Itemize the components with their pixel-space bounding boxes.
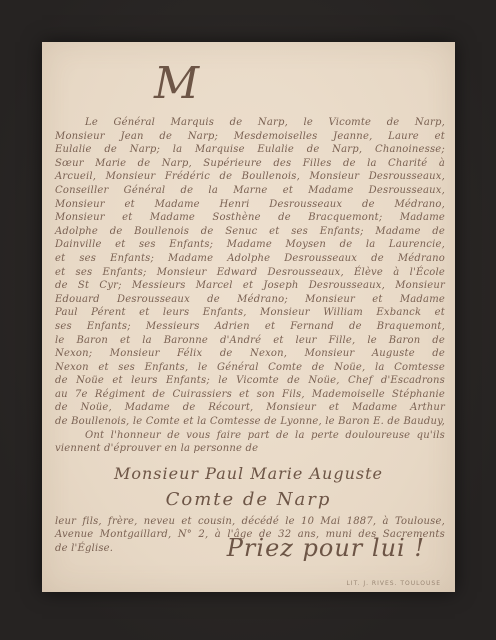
family-announcement-paragraph: Le Général Marquis de Narp, le Vicomte d… <box>55 116 445 429</box>
honor-statement-paragraph: Ont l'honneur de vous faire part de la p… <box>55 429 445 456</box>
deceased-name-line: Monsieur Paul Marie Auguste <box>42 464 455 484</box>
honor-line: viennent d'éprouver en la personne de <box>55 442 445 456</box>
announcement-line: Monsieur et Madame Henri Desrousseaux de… <box>55 198 445 212</box>
announcement-line: de Noüe, Madame de Récourt, Monsieur et … <box>55 401 445 415</box>
announcement-line: Le Général Marquis de Narp, le Vicomte d… <box>55 116 445 130</box>
photo-background: { "colors": { "background": "#2b2826", "… <box>0 0 496 640</box>
announcement-line: et ses Enfants; Madame Adolphe Desrousse… <box>55 252 445 266</box>
announcement-line: Nexon et ses Enfants, le Général Comte d… <box>55 361 445 375</box>
announcement-line: Arcueil, Monsieur Frédéric de Boullenois… <box>55 170 445 184</box>
deceased-title-line: Comte de Narp <box>42 489 455 511</box>
announcement-line: de Noüe et leurs Enfants; le Vicomte de … <box>55 374 445 388</box>
announcement-line: et ses Enfants; Monsieur Edward Desrouss… <box>55 266 445 280</box>
announcement-line: de Boullenois, le Comte et la Comtesse d… <box>55 415 445 429</box>
printer-stamp: LIT. J. RIVES. TOULOUSE <box>346 580 441 587</box>
announcement-line: ses Enfants; Messieurs Adrien et Fernand… <box>55 320 445 334</box>
salutation-monogram: M <box>154 62 455 110</box>
announcement-line: au 7e Régiment de Cuirassiers et son Fil… <box>55 388 445 402</box>
announcement-line: Nexon; Monsieur Félix de Nexon, Monsieur… <box>55 347 445 361</box>
announcement-line: Monsieur Jean de Narp; Mesdemoiselles Je… <box>55 130 445 144</box>
announcement-line: Conseiller Général de la Marne et Madame… <box>55 184 445 198</box>
announcement-line: Sœur Marie de Narp, Supérieure des Fille… <box>55 157 445 171</box>
mourning-announcement-letter: M Le Général Marquis de Narp, le Vicomte… <box>42 42 455 592</box>
prayer-text: Priez pour lui ! <box>227 534 425 562</box>
announcement-line: Paul Pérent et leurs Enfants, Monsieur W… <box>55 306 445 320</box>
announcement-line: de St Cyr; Messieurs Marcel et Joseph De… <box>55 279 445 293</box>
announcement-line: Adolphe de Boullenois de Senuc et ses En… <box>55 225 445 239</box>
announcement-line: Dainville et ses Enfants; Madame Moysen … <box>55 238 445 252</box>
announcement-line: Edouard Desrousseaux de Médrano; Monsieu… <box>55 293 445 307</box>
death-details-line: leur fils, frère, neveu et cousin, décéd… <box>55 515 445 529</box>
announcement-line: Monsieur et Madame Sosthène de Bracquemo… <box>55 211 445 225</box>
announcement-line: le Baron et la Baronne d'André et leur F… <box>55 334 445 348</box>
honor-line: Ont l'honneur de vous faire part de la p… <box>55 429 445 443</box>
announcement-line: Eulalie de Narp; la Marquise Eulalie de … <box>55 143 445 157</box>
